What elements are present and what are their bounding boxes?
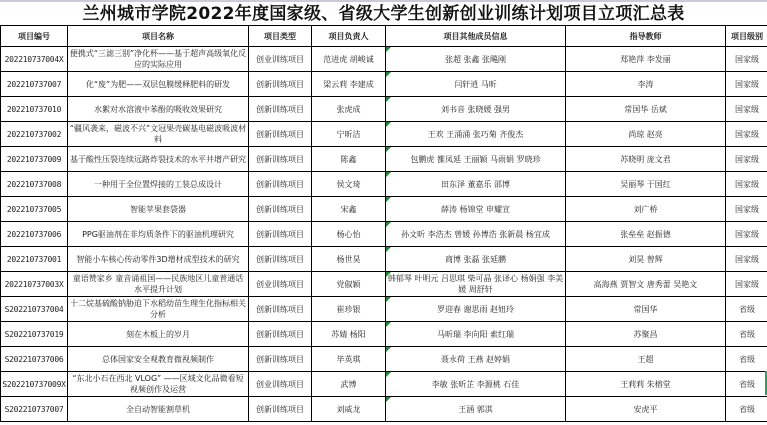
cell-level[interactable]: 省级 [726,322,767,347]
header-leader[interactable]: 项目负责人 [312,26,386,47]
table-row: S202210737004十二烷基硫酸钠胁迫下水稻幼苗生理生化指标相关分析创新训… [1,297,767,322]
header-advisor[interactable]: 指导教师 [566,26,726,47]
table-row: 202210737001智能小车核心传动零件3D增材成型技术的研究创新训练项目杨… [1,247,767,272]
cell-id[interactable]: S202210737007 [1,397,68,422]
cell-level[interactable]: 省级 [726,372,767,397]
cell-level[interactable]: 国家级 [726,197,767,222]
cell-level[interactable]: 省级 [726,347,767,372]
table-row: 202210737008一种用于全位置焊接的工装总成设计创新训练项目侯文琦田东泽… [1,172,767,197]
cell-members[interactable]: 田东泽 董嘉乐 邵博 [386,172,566,197]
cell-name[interactable]: 童语赞家乡 童音诵祖国——民族地区儿童普通话水平提升计划 [68,272,249,297]
cell-advisor[interactable]: 安虎平 [566,397,726,422]
cell-advisor[interactable]: 苏聚昌 [566,322,726,347]
table-row: 202210737005智能苹果套袋器创新训练项目宋鑫薛涛 杨锦堂 申耀宣刘广桥… [1,197,767,222]
cell-name[interactable]: 智能苹果套袋器 [68,197,249,222]
cell-advisor[interactable]: 张垒垒 赵振德 [566,222,726,247]
table-row: S202210737006总体国家安全观教育微视频制作创新训练项目毕英琪聂永荷 … [1,347,767,372]
cell-advisor[interactable]: 尚琼 赵亮 [566,122,726,147]
cell-advisor[interactable]: 苏晓明 庞文君 [566,147,726,172]
cell-name[interactable]: 水絮对水溶液中苯酚的吸收效果研究 [68,97,249,122]
cell-name[interactable]: 便携式“三滤三别”净化杯——基于超声高级氧化反应的实际应用 [68,47,249,72]
cell-id[interactable]: 202210737001 [1,247,68,272]
cell-type[interactable]: 创新训练项目 [249,197,312,222]
cell-advisor[interactable]: 高海燕 贾智文 唐秀蕾 吴艳文 [566,272,726,297]
table-row: 202210737009基于酸性压裂连续远路炸裂技术的水平井增产研究创新训练项目… [1,147,767,172]
header-name[interactable]: 项目名称 [68,26,249,47]
comment-marker-icon [386,247,391,252]
cell-type[interactable]: 创业训练项目 [249,47,312,72]
comment-marker-icon [386,147,391,152]
cell-leader[interactable]: 侯文琦 [312,172,386,197]
table-row: 202210737004X便携式“三滤三别”净化杯——基于超声高级氧化反应的实际… [1,47,767,72]
table-row: S202210737009X“东北小石在西北 VLOG” ——区域文化品微看短视… [1,372,767,397]
cell-level[interactable]: 国家级 [726,97,767,122]
cell-id[interactable]: 202210737005 [1,197,68,222]
cell-members[interactable]: 闫轩逍 马昕 [386,72,566,97]
cell-members[interactable]: 王欢 王涌涌 张巧菊 齐俊杰 [386,122,566,147]
cell-id[interactable]: 202210737009 [1,147,68,172]
cell-advisor[interactable]: 王莉莉 朱榕堂 [566,372,726,397]
cell-id[interactable]: 202210737002 [1,122,68,147]
cell-members[interactable]: 刘书音 张晓媛 强男 [386,97,566,122]
cell-members[interactable]: 韩郁琴 叶明元 吕思琪 柴可晶 张译心 杨娟强 李美媛 周舒轩 [386,272,566,297]
cell-id[interactable]: S202210737009X [1,372,68,397]
cell-id[interactable]: S202210737006 [1,347,68,372]
table-row: S202210737019刻在木板上的岁月创新训练项目苏婧 杨阳马昕瑞 李向阳 … [1,322,767,347]
cell-level[interactable]: 省级 [726,297,767,322]
table-row: 202210737006PPG驱油剂在非均质条件下的驱油机理研究创新训练项目杨心… [1,222,767,247]
header-id[interactable]: 项目编号 [1,26,68,47]
cell-members[interactable]: 聂永荷 王燕 赵婷娟 [386,347,566,372]
cell-leader[interactable]: 党俶颖 [312,272,386,297]
comment-marker-icon [386,97,391,102]
table-row: 202210737007化“废”为肥——双层包膜缓释肥料的研发创新训练项目梁云莉… [1,72,767,97]
cell-leader[interactable]: 杨世昊 [312,247,386,272]
cell-id[interactable]: 202210737006 [1,222,68,247]
cell-advisor[interactable]: 常国华 岳斌 [566,97,726,122]
comment-marker-icon [386,272,391,277]
cell-type[interactable]: 创新训练项目 [249,122,312,147]
cell-type[interactable]: 创新训练项目 [249,297,312,322]
cell-leader[interactable]: 宋鑫 [312,197,386,222]
cell-members[interactable]: 李敏 张昕芷 李源桃 石佳 [386,372,566,397]
cell-advisor[interactable]: 常国华 [566,297,726,322]
cell-id[interactable]: S202210737004 [1,297,68,322]
cell-name[interactable]: “东北小石在西北 VLOG” ——区域文化品微看短视频创作及运营 [68,372,249,397]
cell-id[interactable]: 202210737008 [1,172,68,197]
cell-type[interactable]: 创新训练项目 [249,247,312,272]
cell-type[interactable]: 创业训练项目 [249,372,312,397]
cell-leader[interactable]: 范进虎 胡峻诚 [312,47,386,72]
cell-name[interactable]: PPG驱油剂在非均质条件下的驱油机理研究 [68,222,249,247]
cell-type[interactable]: 创新训练项目 [249,172,312,197]
cell-type[interactable]: 创新训练项目 [249,322,312,347]
cell-members[interactable]: 包鹏虎 雒凤延 王丽颖 马雨娟 罗晓珍 [386,147,566,172]
cell-name[interactable]: 全自动智能割草机 [68,397,249,422]
cell-leader[interactable]: 崔珍银 [312,297,386,322]
cell-level[interactable]: 国家级 [726,147,767,172]
cell-level[interactable]: 国家级 [726,247,767,272]
cell-advisor[interactable]: 郑艳萍 李发丽 [566,47,726,72]
cell-members[interactable]: 薛涛 杨锦堂 申耀宣 [386,197,566,222]
cell-name[interactable]: 基于酸性压裂连续远路炸裂技术的水平井增产研究 [68,147,249,172]
table-row: 202210737003X童语赞家乡 童音诵祖国——民族地区儿童普通话水平提升计… [1,272,767,297]
comment-marker-icon [386,222,391,227]
cell-members[interactable]: 孙文昕 李浩杰 曾媛 孙博浩 张新晨 杨宜成 [386,222,566,247]
cell-advisor[interactable]: 吴丽琴 于国红 [566,172,726,197]
cell-leader[interactable]: 武博 [312,372,386,397]
projects-table: 项目编号 项目名称 项目类型 项目负责人 项目其他成员信息 指导教师 项目级别 … [0,25,767,422]
cell-type[interactable]: 创业训练项目 [249,272,312,297]
comment-marker-icon [386,347,391,352]
cell-level[interactable]: 国家级 [726,172,767,197]
comment-marker-icon [386,322,391,327]
cell-id[interactable]: 202210737010 [1,97,68,122]
cell-id[interactable]: 202210737007 [1,72,68,97]
cell-leader[interactable]: 刘威龙 [312,397,386,422]
header-members[interactable]: 项目其他成员信息 [386,26,566,47]
cell-id[interactable]: 202210737003X [1,272,68,297]
comment-marker-icon [386,297,391,302]
cell-type[interactable]: 创新训练项目 [249,97,312,122]
cell-id[interactable]: 202210737004X [1,47,68,72]
cell-name[interactable]: 化“废”为肥——双层包膜缓释肥料的研发 [68,72,249,97]
cell-type[interactable]: 创新训练项目 [249,397,312,422]
cell-advisor[interactable]: 刘昊 曾辉 [566,247,726,272]
header-type[interactable]: 项目类型 [249,26,312,47]
comment-marker-icon [386,172,391,177]
cell-level[interactable]: 省级 [726,397,767,422]
table-row: 202210737010水絮对水溶液中苯酚的吸收效果研究创新训练项目张虎成刘书音… [1,97,767,122]
cell-members[interactable]: 商博 张磊 张延鹏 [386,247,566,272]
top-border [0,0,767,2]
cell-leader[interactable]: 梁云莉 李建成 [312,72,386,97]
sheet-title: 兰州城市学院2022年度国家级、省级大学生创新创业训练计划项目立项汇总表 [0,3,767,25]
cell-leader[interactable]: 宁昕洁 [312,122,386,147]
header-row: 项目编号 项目名称 项目类型 项目负责人 项目其他成员信息 指导教师 项目级别 [1,26,767,47]
cell-level[interactable]: 国家级 [726,222,767,247]
comment-marker-icon [386,197,391,202]
table-row: 202210737002“疆风袭来，磁波不兴”文冠果壳碳基电磁波吸波材料创新训练… [1,122,767,147]
cell-level[interactable]: 国家级 [726,72,767,97]
cell-leader[interactable]: 苏婧 杨阳 [312,322,386,347]
comment-marker-icon [386,47,391,52]
cell-name[interactable]: 一种用于全位置焊接的工装总成设计 [68,172,249,197]
cell-leader[interactable]: 杨心怡 [312,222,386,247]
cell-members[interactable]: 马昕瑞 李向阳 索红瑞 [386,322,566,347]
cell-leader[interactable]: 毕英琪 [312,347,386,372]
cell-type[interactable]: 创新训练项目 [249,222,312,247]
cell-advisor[interactable]: 王超 [566,347,726,372]
cell-name[interactable]: 总体国家安全观教育微视频制作 [68,347,249,372]
cell-type[interactable]: 创新训练项目 [249,147,312,172]
cell-members[interactable]: 罗迎春 谢思雨 赵妞玲 [386,297,566,322]
cell-level[interactable]: 国家级 [726,122,767,147]
comment-marker-icon [386,372,391,377]
cell-members[interactable]: 张超 张鑫 张飚刚 [386,47,566,72]
cell-name[interactable]: 十二烷基硫酸钠胁迫下水稻幼苗生理生化指标相关分析 [68,297,249,322]
cell-name[interactable]: 刻在木板上的岁月 [68,322,249,347]
cell-level[interactable]: 国家级 [726,272,767,297]
cell-type[interactable]: 创新训练项目 [249,347,312,372]
cell-advisor[interactable]: 李涛 [566,72,726,97]
cell-level[interactable]: 国家级 [726,47,767,72]
cell-leader[interactable]: 张虎成 [312,97,386,122]
comment-marker-icon [386,397,391,402]
cell-leader[interactable]: 陈鑫 [312,147,386,172]
comment-marker-icon [386,72,391,77]
comment-marker-icon [386,122,391,127]
cell-advisor[interactable]: 刘广桥 [566,197,726,222]
cell-type[interactable]: 创新训练项目 [249,72,312,97]
header-level[interactable]: 项目级别 [726,26,767,47]
table-row: S202210737007全自动智能割草机创新训练项目刘威龙王涵 郭淇安虎平省级 [1,397,767,422]
cell-name[interactable]: “疆风袭来，磁波不兴”文冠果壳碳基电磁波吸波材料 [68,122,249,147]
cell-id[interactable]: S202210737019 [1,322,68,347]
cell-name[interactable]: 智能小车核心传动零件3D增材成型技术的研究 [68,247,249,272]
cell-members[interactable]: 王涵 郭淇 [386,397,566,422]
